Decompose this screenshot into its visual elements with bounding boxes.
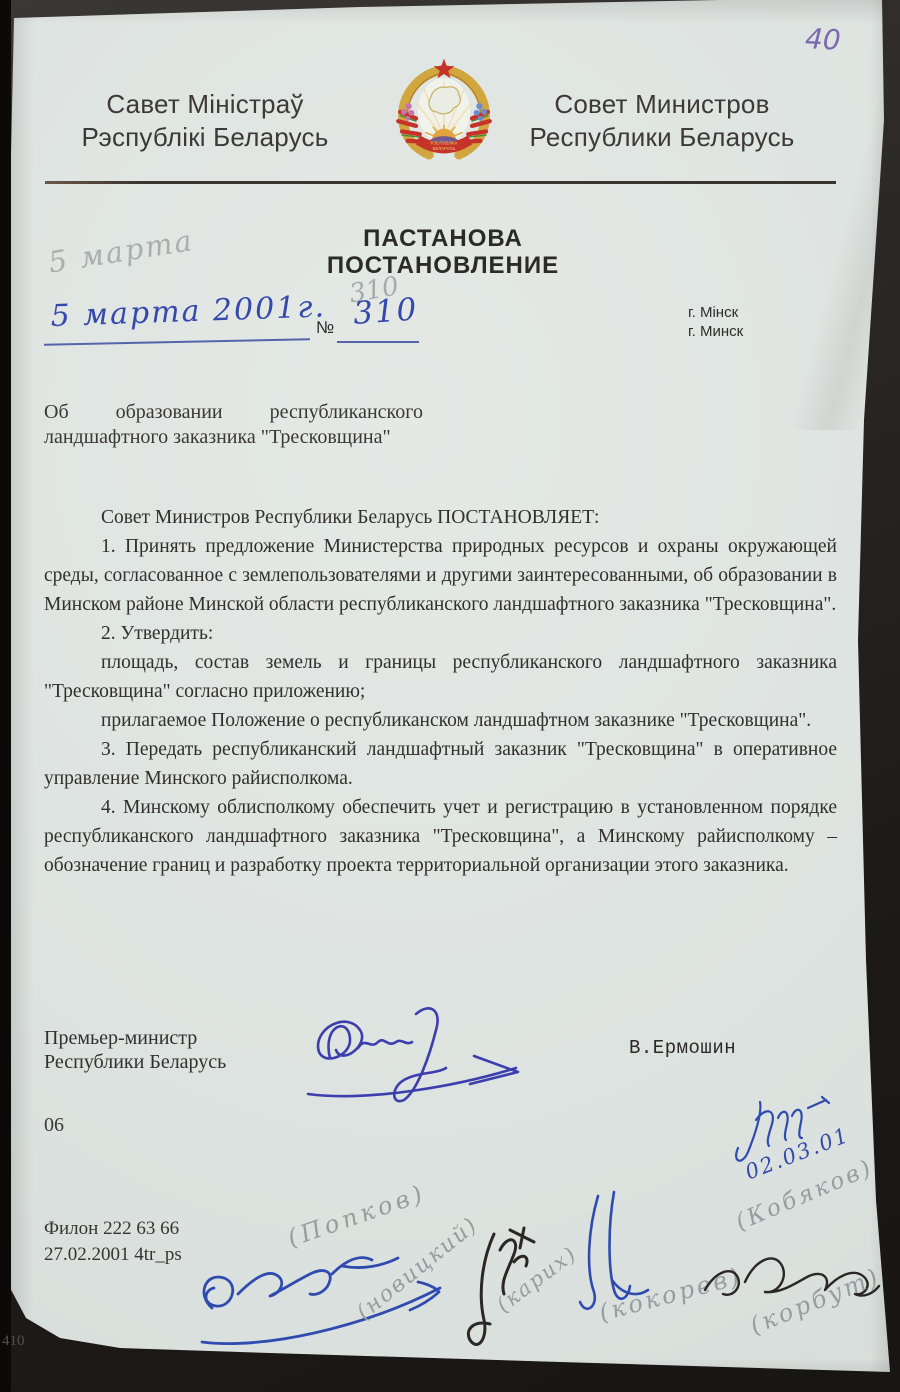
- header-divider: [45, 181, 836, 184]
- ribbon-text-line2: БЕЛАРУСЬ: [433, 146, 456, 151]
- visa-signature-1: [182, 1230, 457, 1360]
- place-block: г. Мінск г. Минск: [688, 303, 743, 341]
- handwritten-number: 310: [352, 291, 420, 331]
- document-type-title: ПАСТАНОВА ПОСТАНОВЛЕНИЕ: [243, 225, 643, 279]
- doc-type-russian: ПОСТАНОВЛЕНИЕ: [243, 252, 643, 279]
- place-russian: г. Минск: [688, 322, 743, 341]
- decree-subject: Об образовании республиканского ландшафт…: [44, 400, 468, 450]
- archive-page-number: 40: [804, 22, 841, 57]
- signer-post-line2: Республики Беларусь: [44, 1050, 226, 1074]
- margin-number: 410: [2, 1333, 25, 1350]
- decree-body: Совет Министров Республики Беларусь ПОСТ…: [44, 503, 837, 880]
- paragraph-2: 2. Утвердить:: [44, 619, 837, 648]
- prime-minister-signature: [278, 996, 528, 1121]
- org-name-belarusian: Савет Міністраў Рэспублікі Беларусь: [65, 88, 345, 154]
- paper-crease: [780, 0, 890, 430]
- executor-date-ref: 27.02.2001 4tr_ps: [44, 1242, 182, 1268]
- executor-block: Филон 222 63 66 27.02.2001 4tr_ps: [44, 1216, 182, 1268]
- belarus-coat-of-arms-icon: РЭСПУБЛІКА БЕЛАРУСЬ: [388, 54, 500, 166]
- org-name-ru-line2: Республики Беларусь: [522, 121, 802, 154]
- number-sign: №: [316, 318, 334, 338]
- paragraph-4: 4. Минскому облисполкому обеспечить учет…: [44, 793, 837, 880]
- org-name-be-line1: Савет Міністраў: [65, 88, 345, 121]
- paragraph-3: 3. Передать республиканский ландшафтный …: [44, 735, 837, 793]
- paragraph-resolves: Совет Министров Республики Беларусь ПОСТ…: [44, 503, 837, 532]
- signer-post-line1: Премьер-министр: [44, 1026, 226, 1050]
- executor-name-phone: Филон 222 63 66: [44, 1216, 182, 1242]
- paragraph-2a: площадь, состав земель и границы республ…: [44, 648, 837, 706]
- org-name-be-line2: Рэспублікі Беларусь: [65, 121, 345, 154]
- paragraph-1: 1. Принять предложение Министерства прир…: [44, 532, 837, 619]
- org-name-russian: Совет Министров Республики Беларусь: [522, 88, 802, 154]
- subject-line1: Об образовании республиканского: [44, 400, 468, 425]
- department-code: 06: [44, 1114, 64, 1137]
- paragraph-2b: прилагаемое Положение о республиканском …: [44, 706, 837, 735]
- subject-line2: ландшафтного заказника "Тресковщина": [44, 426, 391, 448]
- doc-type-belarusian: ПАСТАНОВА: [243, 225, 643, 252]
- scanned-decree-page: 40 Савет Міністраў Рэспублікі Беларусь С…: [0, 0, 900, 1392]
- scan-edge-shadow: [0, 0, 11, 1392]
- signer-name: В.Ермошин: [629, 1037, 736, 1059]
- ribbon-text-line1: РЭСПУБЛІКА: [431, 141, 458, 146]
- place-belarusian: г. Мінск: [688, 303, 743, 322]
- signer-post: Премьер-министр Республики Беларусь: [44, 1026, 226, 1074]
- number-underline: [337, 341, 419, 343]
- org-name-ru-line1: Совет Министров: [522, 88, 802, 121]
